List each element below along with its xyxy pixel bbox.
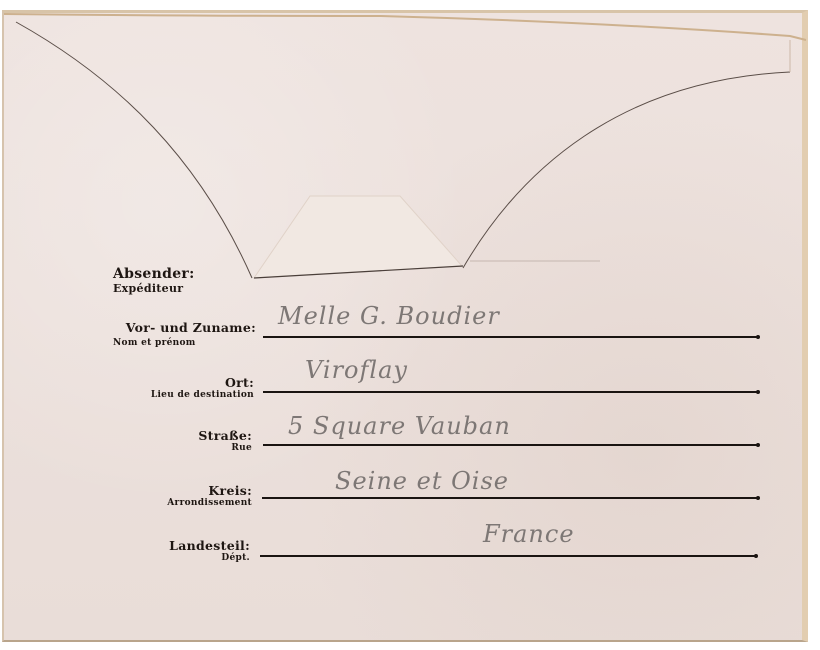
field-label-department: Landesteil: Dépt. — [169, 539, 250, 564]
handwritten-district: Seine et Oise — [335, 467, 509, 495]
sender-heading: Absender: Expéditeur — [113, 266, 195, 296]
field-label-place: Ort: Lieu de destination — [151, 376, 254, 401]
field-label-district: Kreis: Arrondissement — [167, 484, 252, 509]
field-label-street: Straße: Rue — [198, 429, 252, 454]
department-field-line[interactable] — [260, 555, 756, 557]
handwritten-name: Melle G. Boudier — [278, 302, 500, 330]
place-field-line[interactable] — [263, 391, 758, 393]
handwritten-street: 5 Square Vauban — [288, 412, 511, 440]
sender-heading-de: Absender: — [113, 266, 195, 282]
handwritten-department: France — [483, 520, 575, 548]
handwritten-place: Viroflay — [305, 356, 408, 384]
sender-heading-fr: Expéditeur — [113, 282, 195, 296]
field-label-name-fr: Nom et prénom — [113, 338, 196, 349]
field-label-name: Vor- und Zuname: — [126, 321, 256, 335]
district-field-line[interactable] — [262, 497, 758, 499]
street-field-line[interactable] — [263, 444, 758, 446]
name-field-line[interactable] — [263, 336, 758, 338]
